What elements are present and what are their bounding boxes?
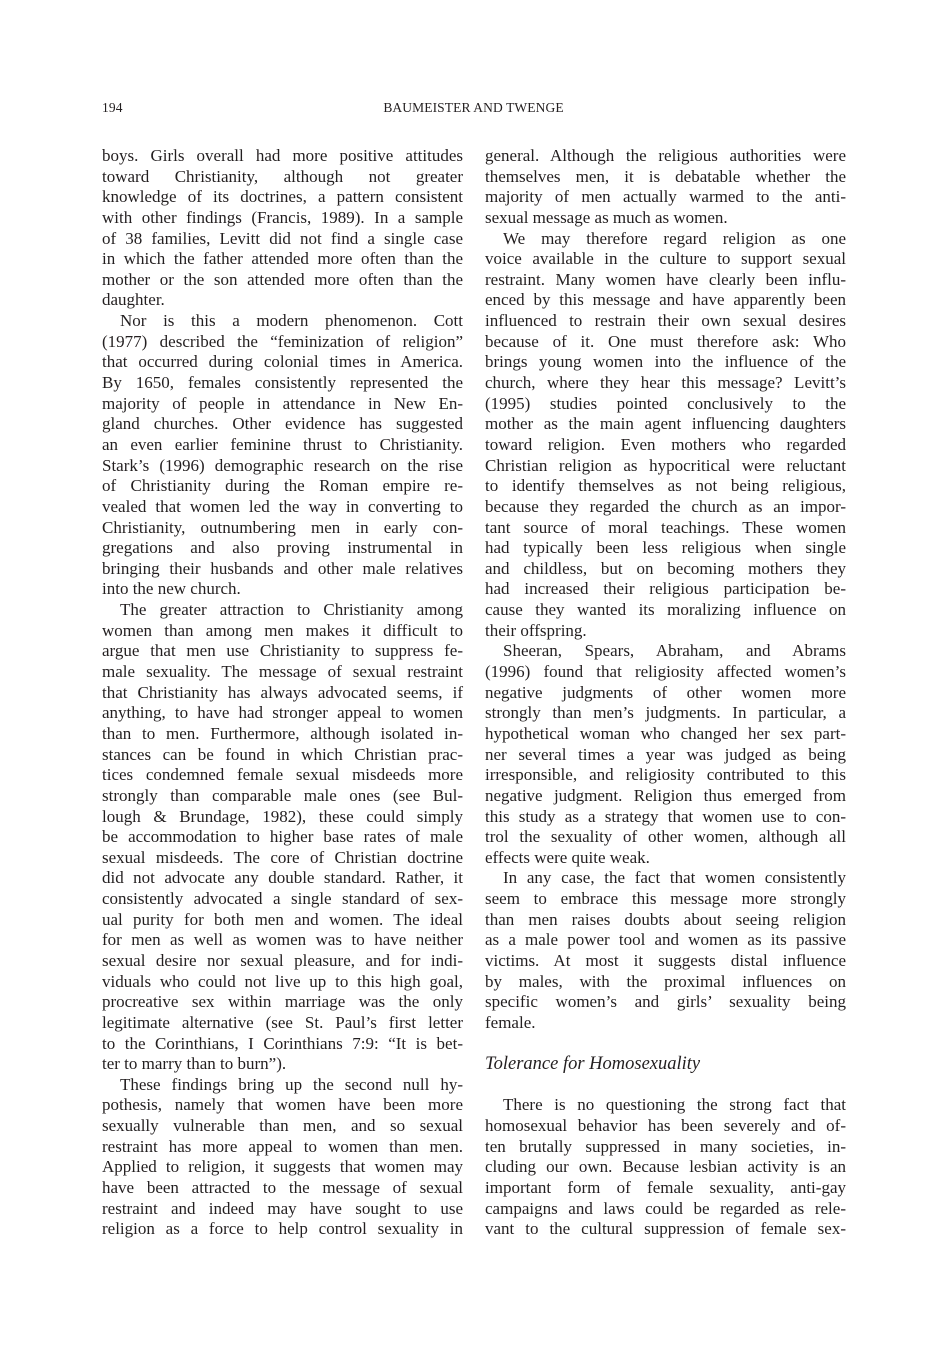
text-line: religion as a force to help control sexu… [102,1219,463,1240]
text-line: Christian religion as hypocritical were … [485,456,846,477]
text-line: ner several times a year was judged as b… [485,745,846,766]
text-line: irresponsible, and religiosity contribut… [485,765,846,786]
text-line: that occurred during colonial times in A… [102,352,463,373]
text-line: seem to embrace this message more strong… [485,889,846,910]
text-line: trol the sexuality of other women, altho… [485,827,846,848]
text-line: because of it. One must therefore ask: W… [485,332,846,353]
text-line: in which the father attended more often … [102,249,463,270]
text-line: an even earlier feminine thrust to Chris… [102,435,463,456]
text-line: ual purity for both men and women. The i… [102,910,463,931]
text-line: vant to the cultural suppression of fema… [485,1219,846,1240]
text-line: as a male power tool and women as its pa… [485,930,846,951]
text-line: toward religion. Even mothers who regard… [485,435,846,456]
text-line: In any case, the fact that women consist… [485,868,846,889]
text-line: tant source of moral teachings. These wo… [485,518,846,539]
text-line: to the Corinthians, I Corinthians 7:9: “… [102,1034,463,1055]
text-line: homosexual behavior has been severely an… [485,1116,846,1137]
text-line: by males, with the proximal influences o… [485,972,846,993]
text-line: male sexuality. The message of sexual re… [102,662,463,683]
paragraph: There is no questioning the strong fact … [485,1095,846,1239]
text-line: be accommodation to higher base rates of… [102,827,463,848]
paragraph: In any case, the fact that women consist… [485,868,846,1033]
text-line: had increased their religious participat… [485,579,846,600]
text-line: negative judgments of other women more [485,683,846,704]
paragraph: We may therefore regard religion as onev… [485,229,846,642]
text-line: women than among men makes it difficult … [102,621,463,642]
text-line: had typically been less religious when s… [485,538,846,559]
text-line: into the new church. [102,579,463,600]
text-line: have been attracted to the message of se… [102,1178,463,1199]
text-line: consistently advocated a single standard… [102,889,463,910]
paragraph: Sheeran, Spears, Abraham, and Abrams(199… [485,641,846,868]
text-line: of Christianity during the Roman empire … [102,476,463,497]
text-line: anything, to have had stronger appeal to… [102,703,463,724]
text-line: cluding our own. Because lesbian activit… [485,1157,846,1178]
right-column: general. Although the religious authorit… [485,146,846,1240]
text-line: knowledge of its doctrines, a pattern co… [102,187,463,208]
text-line: specific women’s and girls’ sexuality be… [485,992,846,1013]
text-line: (1977) described the “feminization of re… [102,332,463,353]
text-line: The greater attraction to Christianity a… [102,600,463,621]
text-line: of 38 families, Levitt did not find a si… [102,229,463,250]
running-head: 194 BAUMEISTER AND TWENGE [102,100,845,120]
text-line: bringing their husbands and other male r… [102,559,463,580]
paragraph: These findings bring up the second null … [102,1075,463,1240]
text-line: important form of female sexuality, anti… [485,1178,846,1199]
text-line: sexually vulnerable than men, and so sex… [102,1116,463,1137]
text-line: These findings bring up the second null … [102,1075,463,1096]
left-column: boys. Girls overall had more positive at… [102,146,463,1240]
paragraph: The greater attraction to Christianity a… [102,600,463,1075]
text-line: church, where they hear this message? Le… [485,373,846,394]
text-line: because they regarded the church as an i… [485,497,846,518]
text-line: Stark’s (1996) demographic research on t… [102,456,463,477]
text-line: restraint has more appeal to women than … [102,1137,463,1158]
text-line: and childless, but on becoming mothers t… [485,559,846,580]
text-line: campaigns and laws could be regarded as … [485,1199,846,1220]
text-line: lough & Brundage, 1982), these could sim… [102,807,463,828]
text-line: majority of people in attendance in New … [102,394,463,415]
paragraph: boys. Girls overall had more positive at… [102,146,463,311]
text-line: than to men. Furthermore, although isola… [102,724,463,745]
text-line: pothesis, namely that women have been mo… [102,1095,463,1116]
text-line: influenced to restrain their own sexual … [485,311,846,332]
text-line: enced by this message and have apparentl… [485,290,846,311]
text-line: We may therefore regard religion as one [485,229,846,250]
text-line: (1995) studies pointed conclusively to t… [485,394,846,415]
text-line: for men as well as women was to have nei… [102,930,463,951]
text-line: effects were quite weak. [485,848,846,869]
text-line: boys. Girls overall had more positive at… [102,146,463,167]
text-line: ten brutally suppressed in many societie… [485,1137,846,1158]
text-line: vealed that women led the way in convert… [102,497,463,518]
text-line: sexual message as much as women. [485,208,846,229]
text-line: legitimate alternative (see St. Paul’s f… [102,1013,463,1034]
text-line: victims. At most it suggests distal infl… [485,951,846,972]
text-line: ter to marry than to burn”). [102,1054,463,1075]
text-line: (1996) found that religiosity affected w… [485,662,846,683]
text-line: By 1650, females consistently represente… [102,373,463,394]
text-line: mother or the son attended more often th… [102,270,463,291]
text-line: restraint and indeed may have sought to … [102,1199,463,1220]
text-line: with other findings (Francis, 1989). In … [102,208,463,229]
text-line: argue that men use Christianity to suppr… [102,641,463,662]
text-line: strongly than comparable male ones (see … [102,786,463,807]
paragraph: Nor is this a modern phenomenon. Cott(19… [102,311,463,600]
text-line: There is no questioning the strong fact … [485,1095,846,1116]
text-line: female. [485,1013,846,1034]
text-line: this study as a strategy that women use … [485,807,846,828]
text-line: that Christianity has always advocated s… [102,683,463,704]
text-line: Sheeran, Spears, Abraham, and Abrams [485,641,846,662]
text-line: majority of men actually warmed to the a… [485,187,846,208]
section-heading: Tolerance for Homosexuality [485,1054,846,1075]
text-line: procreative sex within marriage was the … [102,992,463,1013]
text-line: strongly than men’s judgments. In partic… [485,703,846,724]
text-line: daughter. [102,290,463,311]
text-line: toward Christianity, although not greate… [102,167,463,188]
text-line: gland churches. Other evidence has sugge… [102,414,463,435]
text-line: their offspring. [485,621,846,642]
text-line: voice available in the culture to suppor… [485,249,846,270]
text-line: Christianity, outnumbering men in early … [102,518,463,539]
paragraph: general. Although the religious authorit… [485,146,846,229]
text-line: sexual desire nor sexual pleasure, and f… [102,951,463,972]
text-line: restraint. Many women have clearly been … [485,270,846,291]
text-line: cause they wanted its moralizing influen… [485,600,846,621]
text-line: hypothetical woman who changed her sex p… [485,724,846,745]
text-line: brings young women into the influence of… [485,352,846,373]
text-line: Nor is this a modern phenomenon. Cott [102,311,463,332]
running-title: BAUMEISTER AND TWENGE [102,100,845,116]
text-line: stances can be found in which Christian … [102,745,463,766]
text-line: sexual misdeeds. The core of Christian d… [102,848,463,869]
text-line: than men raises doubts about seeing reli… [485,910,846,931]
text-line: mother as the main agent influencing dau… [485,414,846,435]
text-line: negative judgment. Religion thus emerged… [485,786,846,807]
text-line: tices condemned female sexual misdeeds m… [102,765,463,786]
text-line: general. Although the religious authorit… [485,146,846,167]
text-line: gregations and also proving instrumental… [102,538,463,559]
text-line: themselves men, it is debatable whether … [485,167,846,188]
text-line: viduals who could not live up to this hi… [102,972,463,993]
text-line: did not advocate any double standard. Ra… [102,868,463,889]
text-line: Applied to religion, it suggests that wo… [102,1157,463,1178]
text-line: to identify themselves as not being reli… [485,476,846,497]
